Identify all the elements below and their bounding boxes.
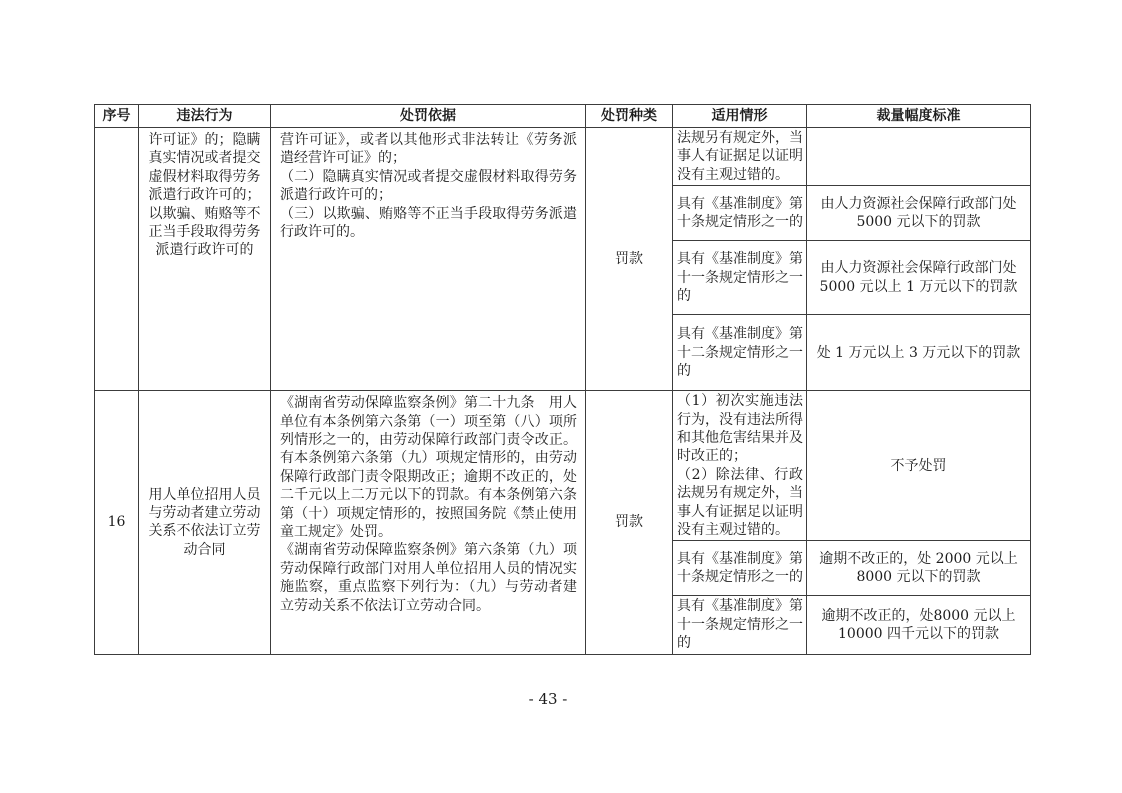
penalty-type-cell: 罚款: [586, 128, 673, 391]
standard-cell: 由人力资源社会保障行政部门处 5000 元以上 1 万元以下的罚款: [807, 241, 1031, 315]
situation-cell: 具有《基准制度》第十条规定情形之一的: [673, 541, 807, 596]
header-violation: 违法行为: [139, 105, 271, 128]
header-standard: 裁量幅度标准: [807, 105, 1031, 128]
standard-cell: [807, 128, 1031, 186]
violation-cell: 许可证》的；隐瞒真实情况或者提交虚假材料取得劳务派遣行政许可的；以欺骗、贿赂等不…: [139, 128, 271, 391]
situation-cell: 具有《基准制度》第十一条规定情形之一的: [673, 241, 807, 315]
penalty-type-cell: 罚款: [586, 391, 673, 654]
header-penalty-type: 处罚种类: [586, 105, 673, 128]
table-row: 16 用人单位招用人员与劳动者建立劳动关系不依法订立劳动合同 《湖南省劳动保障监…: [95, 391, 1031, 541]
table-header-row: 序号 违法行为 处罚依据 处罚种类 适用情形 裁量幅度标准: [95, 105, 1031, 128]
header-situation: 适用情形: [673, 105, 807, 128]
penalty-table: 序号 违法行为 处罚依据 处罚种类 适用情形 裁量幅度标准 许可证》的；隐瞒真实…: [94, 104, 1031, 655]
situation-cell: 具有《基准制度》第十二条规定情形之一的: [673, 315, 807, 391]
table-row: 许可证》的；隐瞒真实情况或者提交虚假材料取得劳务派遣行政许可的；以欺骗、贿赂等不…: [95, 128, 1031, 186]
situation-cell: （1）初次实施违法行为，没有违法所得和其他危害结果并及时改正的； （2）除法律、…: [673, 391, 807, 541]
serial-cell: 16: [95, 391, 139, 654]
standard-cell: 由人力资源社会保障行政部门处 5000 元以下的罚款: [807, 186, 1031, 241]
header-basis: 处罚依据: [271, 105, 586, 128]
standard-cell: 逾期不改正的，处 2000 元以上 8000 元以下的罚款: [807, 541, 1031, 596]
standard-cell: 逾期不改正的，处8000 元以上 10000 四千元以下的罚款: [807, 596, 1031, 654]
violation-cell: 用人单位招用人员与劳动者建立劳动关系不依法订立劳动合同: [139, 391, 271, 654]
situation-cell: 具有《基准制度》第十条规定情形之一的: [673, 186, 807, 241]
situation-cell: 具有《基准制度》第十一条规定情形之一的: [673, 596, 807, 654]
situation-cell: 法规另有规定外，当事人有证据足以证明没有主观过错的。: [673, 128, 807, 186]
basis-cell: 《湖南省劳动保障监察条例》第二十九条 用人单位有本条例第六条第（一）项至第（八）…: [271, 391, 586, 654]
page-number: - 43 -: [0, 690, 1096, 708]
standard-cell: 不予处罚: [807, 391, 1031, 541]
basis-cell: 营许可证》，或者以其他形式非法转让《劳务派遣经营许可证》的； （二）隐瞒真实情况…: [271, 128, 586, 391]
serial-cell: [95, 128, 139, 391]
document-page: 序号 违法行为 处罚依据 处罚种类 适用情形 裁量幅度标准 许可证》的；隐瞒真实…: [0, 0, 1122, 793]
standard-cell: 处 1 万元以上 3 万元以下的罚款: [807, 315, 1031, 391]
header-serial: 序号: [95, 105, 139, 128]
